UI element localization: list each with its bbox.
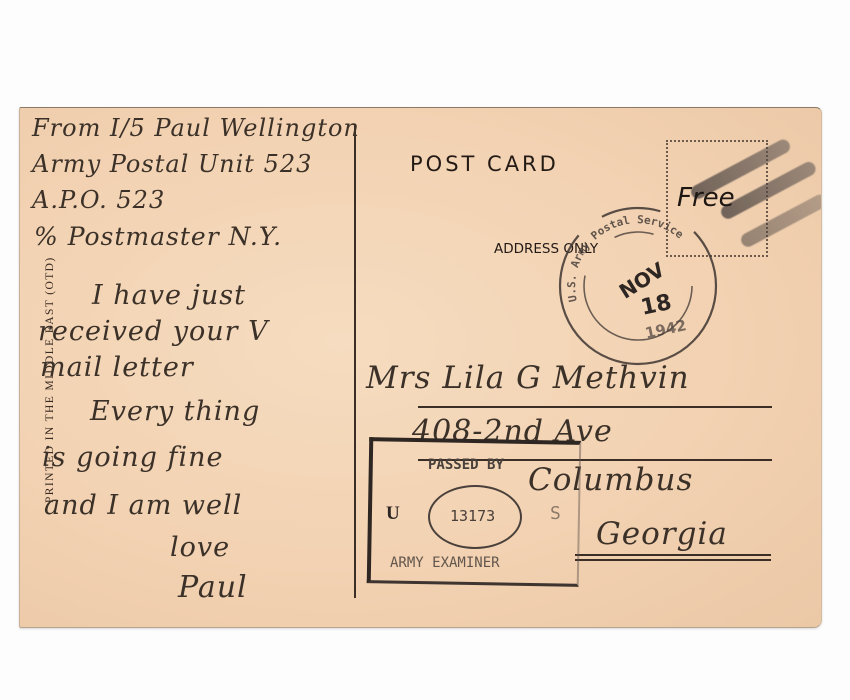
message-line-7: love: [170, 532, 230, 563]
message-line-4: Every thing: [90, 396, 260, 427]
recipient-state: Georgia: [596, 516, 728, 552]
sender-line-2: Army Postal Unit 523: [32, 150, 312, 178]
message-line-5: is going fine: [42, 442, 224, 473]
sender-line-3: A.P.O. 523: [32, 186, 165, 214]
censor-passed-by: PASSED BY: [428, 457, 504, 473]
censor-number: 13173: [450, 507, 495, 525]
signature: Paul: [178, 570, 248, 605]
sender-line-1: From I/5 Paul Wellington: [32, 114, 360, 142]
scanned-postcard-image: PRINTED IN THE MIDDLE EAST (OTD) From I/…: [0, 0, 850, 700]
message-line-6: and I am well: [44, 490, 242, 521]
center-divider-line: [354, 125, 356, 598]
censor-army-examiner: ARMY EXAMINER: [390, 555, 500, 571]
postmark-day: 18: [639, 290, 674, 321]
postmark-year: 1942: [644, 316, 689, 342]
message-line-3: mail letter: [40, 352, 194, 383]
address-underline-1: [418, 406, 772, 408]
postcard: PRINTED IN THE MIDDLE EAST (OTD) From I/…: [19, 107, 822, 628]
sender-line-4: % Postmaster N.Y.: [34, 222, 282, 251]
message-line-2: received your V: [38, 316, 269, 347]
postmark-stamp-icon: U.S. Army Postal Service NOV 18 1942: [553, 201, 723, 371]
censor-letter-s: S: [550, 503, 561, 524]
address-underline-3a: [575, 554, 771, 556]
message-line-1: I have just: [92, 280, 246, 311]
censor-stamp: PASSED BY U 13173 S ARMY EXAMINER: [368, 439, 580, 585]
address-underline-3b: [575, 559, 771, 561]
recipient-name: Mrs Lila G Methvin: [366, 360, 690, 396]
censor-letter-u: U: [386, 503, 400, 525]
post-card-title: POST CARD: [410, 152, 559, 176]
